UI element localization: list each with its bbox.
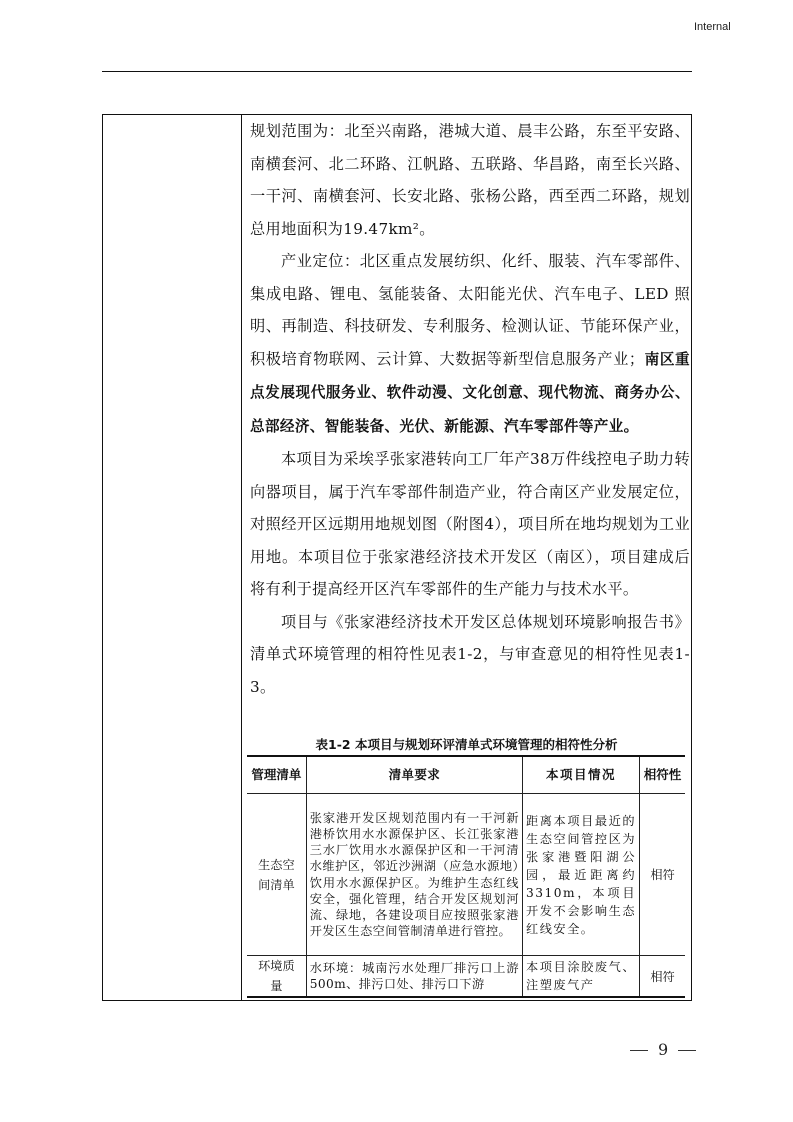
cell-conformity: 相符 — [640, 794, 685, 956]
body-text: 规划范围为：北至兴南路，港城大道、晨丰公路，东至平安路、南横套河、北二环路、江帆… — [250, 115, 690, 703]
paragraph-project-description: 本项目为采埃孚张家港转向工厂年产38万件线控电子助力转向器项目，属于汽车零部件制… — [250, 443, 690, 606]
cell-conformity: 相符 — [640, 956, 685, 998]
cell-requirement: 张家港开发区规划范围内有一干河新港桥饮用水水源保护区、长江张家港三水厂饮用水水源… — [306, 794, 522, 956]
classification-label: Internal — [694, 21, 731, 33]
outer-table: 规划范围为：北至兴南路，港城大道、晨丰公路，东至平安路、南横套河、北二环路、江帆… — [102, 114, 692, 1001]
table-row: 生态空间清单 张家港开发区规划范围内有一干河新港桥饮用水水源保护区、长江张家港三… — [247, 794, 685, 956]
page-number-value: 9 — [658, 1040, 668, 1059]
industry-north-text: 产业定位：北区重点发展纺织、化纤、服装、汽车零部件、集成电路、锂电、氢能装备、太… — [250, 252, 690, 368]
dash-left — [630, 1050, 648, 1051]
cell-category: 生态空间清单 — [247, 794, 306, 956]
table-row: 环境质量 水环境：城南污水处理厂排污口上游500m、排污口处、排污口下游 本项目… — [247, 956, 685, 998]
paragraph-conformity-reference: 项目与《张家港经济技术开发区总体规划环境影响报告书》清单式环境管理的相符性见表1… — [250, 606, 690, 704]
cell-requirement: 水环境：城南污水处理厂排污口上游500m、排污口处、排污口下游 — [306, 956, 522, 998]
cell-category: 环境质量 — [247, 956, 306, 998]
page-number: 9 — [620, 1040, 706, 1059]
table-header-row: 管理清单 清单要求 本项目情况 相符性 — [247, 756, 685, 794]
outer-table-left-cell — [103, 115, 242, 1000]
outer-table-right-cell: 规划范围为：北至兴南路，港城大道、晨丰公路，东至平安路、南横套河、北二环路、江帆… — [242, 115, 691, 1000]
header-rule — [102, 71, 692, 72]
header-conformity: 相符性 — [640, 756, 685, 794]
cell-situation: 本项目涂胶废气、注塑废气产 — [523, 956, 640, 998]
header-list-requirement: 清单要求 — [306, 756, 522, 794]
header-project-situation: 本项目情况 — [523, 756, 640, 794]
paragraph-industry-positioning: 产业定位：北区重点发展纺织、化纤、服装、汽车零部件、集成电路、锂电、氢能装备、太… — [250, 245, 690, 443]
paragraph-planning-scope: 规划范围为：北至兴南路，港城大道、晨丰公路，东至平安路、南横套河、北二环路、江帆… — [250, 115, 690, 245]
dash-right — [678, 1050, 696, 1051]
table-caption: 表1-2 本项目与规划环评清单式环境管理的相符性分析 — [242, 735, 691, 753]
cell-situation: 距离本项目最近的生态空间管控区为张家港暨阳湖公园，最近距离约3310m，本项目开… — [523, 794, 640, 956]
header-management-list: 管理清单 — [247, 756, 306, 794]
conformity-table: 管理清单 清单要求 本项目情况 相符性 生态空间清单 张家港开发区规划范围内有一… — [247, 755, 685, 998]
